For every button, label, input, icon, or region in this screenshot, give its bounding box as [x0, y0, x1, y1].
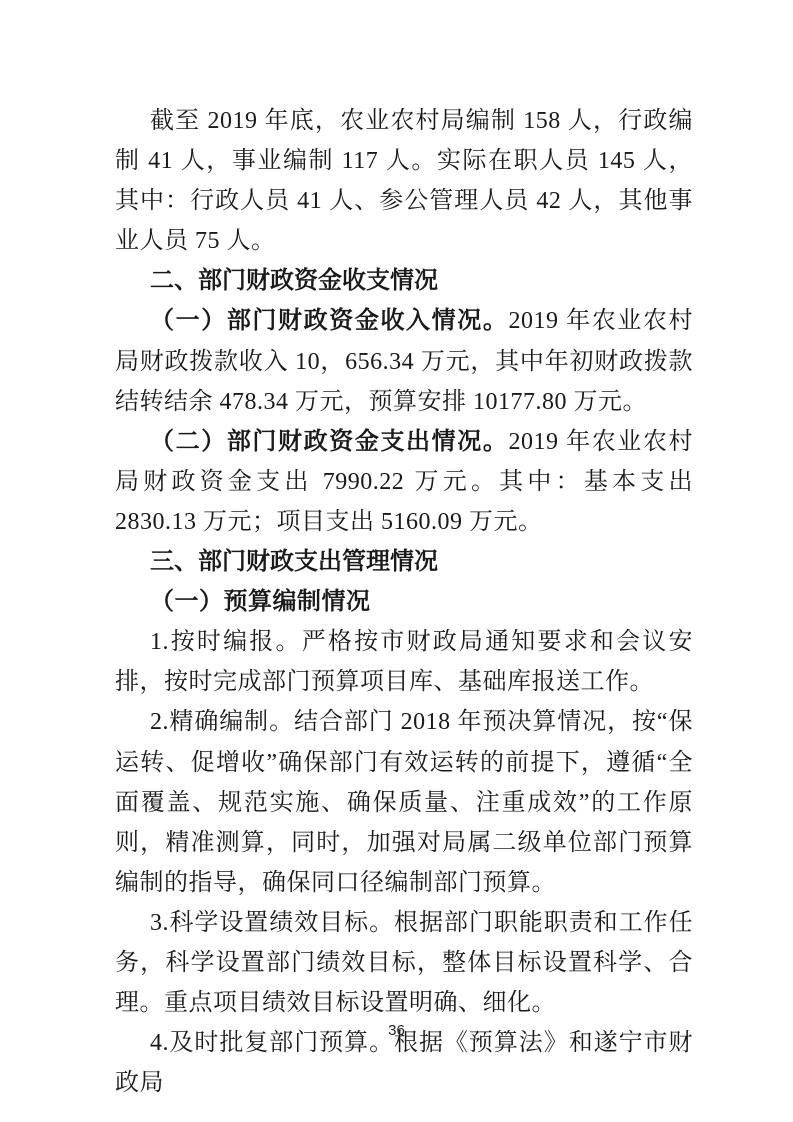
section-heading-fiscal-revenue-expenditure: 二、部门财政资金收支情况: [115, 261, 693, 301]
paragraph-item-3-performance-goals: 3.科学设置绩效目标。根据部门职能职责和工作任务，科学设置部门绩效目标，整体目标…: [115, 903, 693, 1023]
paragraph-lead-expenditure: （二）部门财政资金支出情况。: [150, 429, 508, 455]
paragraph-item-2-accurate-preparation: 2.精确编制。结合部门 2018 年预决算情况，按“保运转、促增收”确保部门有效…: [115, 702, 693, 902]
page-footer: 36: [0, 1022, 793, 1040]
paragraph-item-1-timely-reporting: 1.按时编报。严格按市财政局通知要求和会议安排，按时完成部门预算项目库、基础库报…: [115, 622, 693, 702]
page-number: 36: [388, 1022, 405, 1039]
section-heading-expenditure-management: 三、部门财政支出管理情况: [115, 542, 693, 582]
paragraph-lead-income: （一）部门财政资金收入情况。: [150, 308, 508, 334]
document-page: 截至 2019 年底，农业农村局编制 158 人，行政编制 41 人，事业编制 …: [0, 0, 793, 1122]
paragraph-fiscal-income: （一）部门财政资金收入情况。2019 年农业农村局财政拨款收入 10，656.3…: [115, 301, 693, 421]
page-content: 截至 2019 年底，农业农村局编制 158 人，行政编制 41 人，事业编制 …: [115, 101, 693, 1103]
paragraph-fiscal-expenditure: （二）部门财政资金支出情况。2019 年农业农村局财政资金支出 7990.22 …: [115, 422, 693, 542]
paragraph-staffing-overview: 截至 2019 年底，农业农村局编制 158 人，行政编制 41 人，事业编制 …: [115, 101, 693, 261]
subsection-heading-budget-preparation: （一）预算编制情况: [115, 582, 693, 622]
